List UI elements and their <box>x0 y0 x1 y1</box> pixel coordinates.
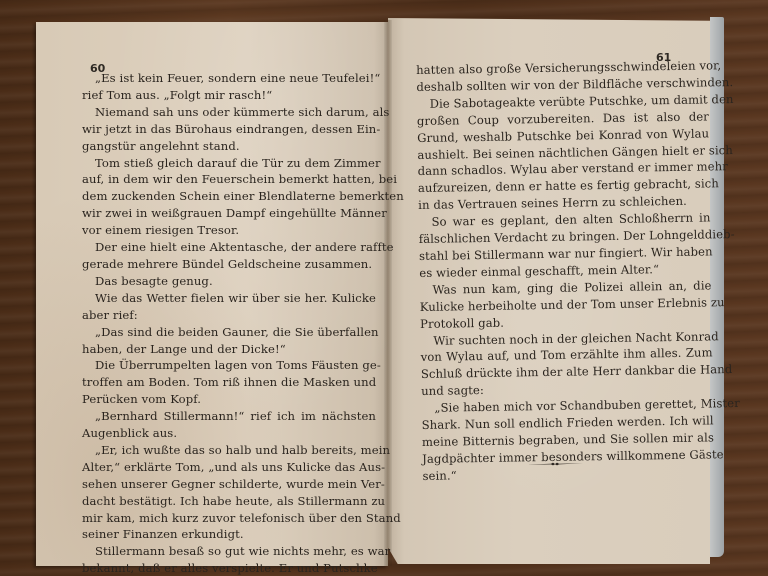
text-line: aber rief: <box>82 307 376 324</box>
text-line: dem zuckenden Schein einer Blendlaterne … <box>82 188 376 205</box>
book-gutter <box>384 20 392 566</box>
text-line: wir zwei in weißgrauen Dampf eingehüllte… <box>82 205 376 222</box>
text-line: „Er, ich wußte das so halb und halb bere… <box>82 442 376 459</box>
text-line: mir kam, mich kurz zuvor telefonisch übe… <box>82 510 376 527</box>
text-line: dacht bestätigt. Ich habe heute, als Sti… <box>82 493 376 510</box>
text-line: bekannt, daß er alles verspielte. Er und… <box>82 560 376 576</box>
text-line: sehen unserer Gegner schilderte, wurde m… <box>82 476 376 493</box>
text-line: Tom stieß gleich darauf die Tür zu dem Z… <box>82 155 376 172</box>
text-line: „Das sind die beiden Gauner, die Sie übe… <box>82 324 376 341</box>
text-line: gangstür angelehnt stand. <box>82 138 376 155</box>
text-line: Stillermann besaß so gut wie nichts mehr… <box>82 543 376 560</box>
right-page-body-text: hatten also große Versicherungsschwindel… <box>416 57 715 484</box>
text-line: „Bernhard Stillermann!“ rief ich im näch… <box>82 408 376 425</box>
text-line: „Es ist kein Feuer, sondern eine neue Te… <box>82 70 376 87</box>
text-line: haben, der Lange und der Dicke!“ <box>82 341 376 358</box>
text-line: auf, in dem wir den Feuerschein bemerkt … <box>82 171 376 188</box>
text-line: Augenblick aus. <box>82 425 376 442</box>
text-line: Das besagte genug. <box>82 273 376 290</box>
text-line: Niemand sah uns oder kümmerte sich darum… <box>82 104 376 121</box>
text-line: vor einem riesigen Tresor. <box>82 222 376 239</box>
text-line: troffen am Boden. Tom riß ihnen die Mask… <box>82 374 376 391</box>
chapter-end-ornament-icon <box>527 462 583 466</box>
text-line: seiner Finanzen erkundigt. <box>82 526 376 543</box>
text-line: Die Überrumpelten lagen von Toms Fäusten… <box>82 357 376 374</box>
text-line: wir jetzt in das Bürohaus eindrangen, de… <box>82 121 376 138</box>
left-page-body-text: „Es ist kein Feuer, sondern eine neue Te… <box>82 70 376 576</box>
text-line: gerade mehrere Bündel Geldscheine zusamm… <box>82 256 376 273</box>
text-line: rief Tom aus. „Folgt mir rasch!“ <box>82 87 376 104</box>
text-line: Wie das Wetter fielen wir über sie her. … <box>82 290 376 307</box>
text-line: Perücken vom Kopf. <box>82 391 376 408</box>
text-line: Alter,“ erklärte Tom, „und als uns Kulic… <box>82 459 376 476</box>
text-line: Der eine hielt eine Aktentasche, der and… <box>82 239 376 256</box>
